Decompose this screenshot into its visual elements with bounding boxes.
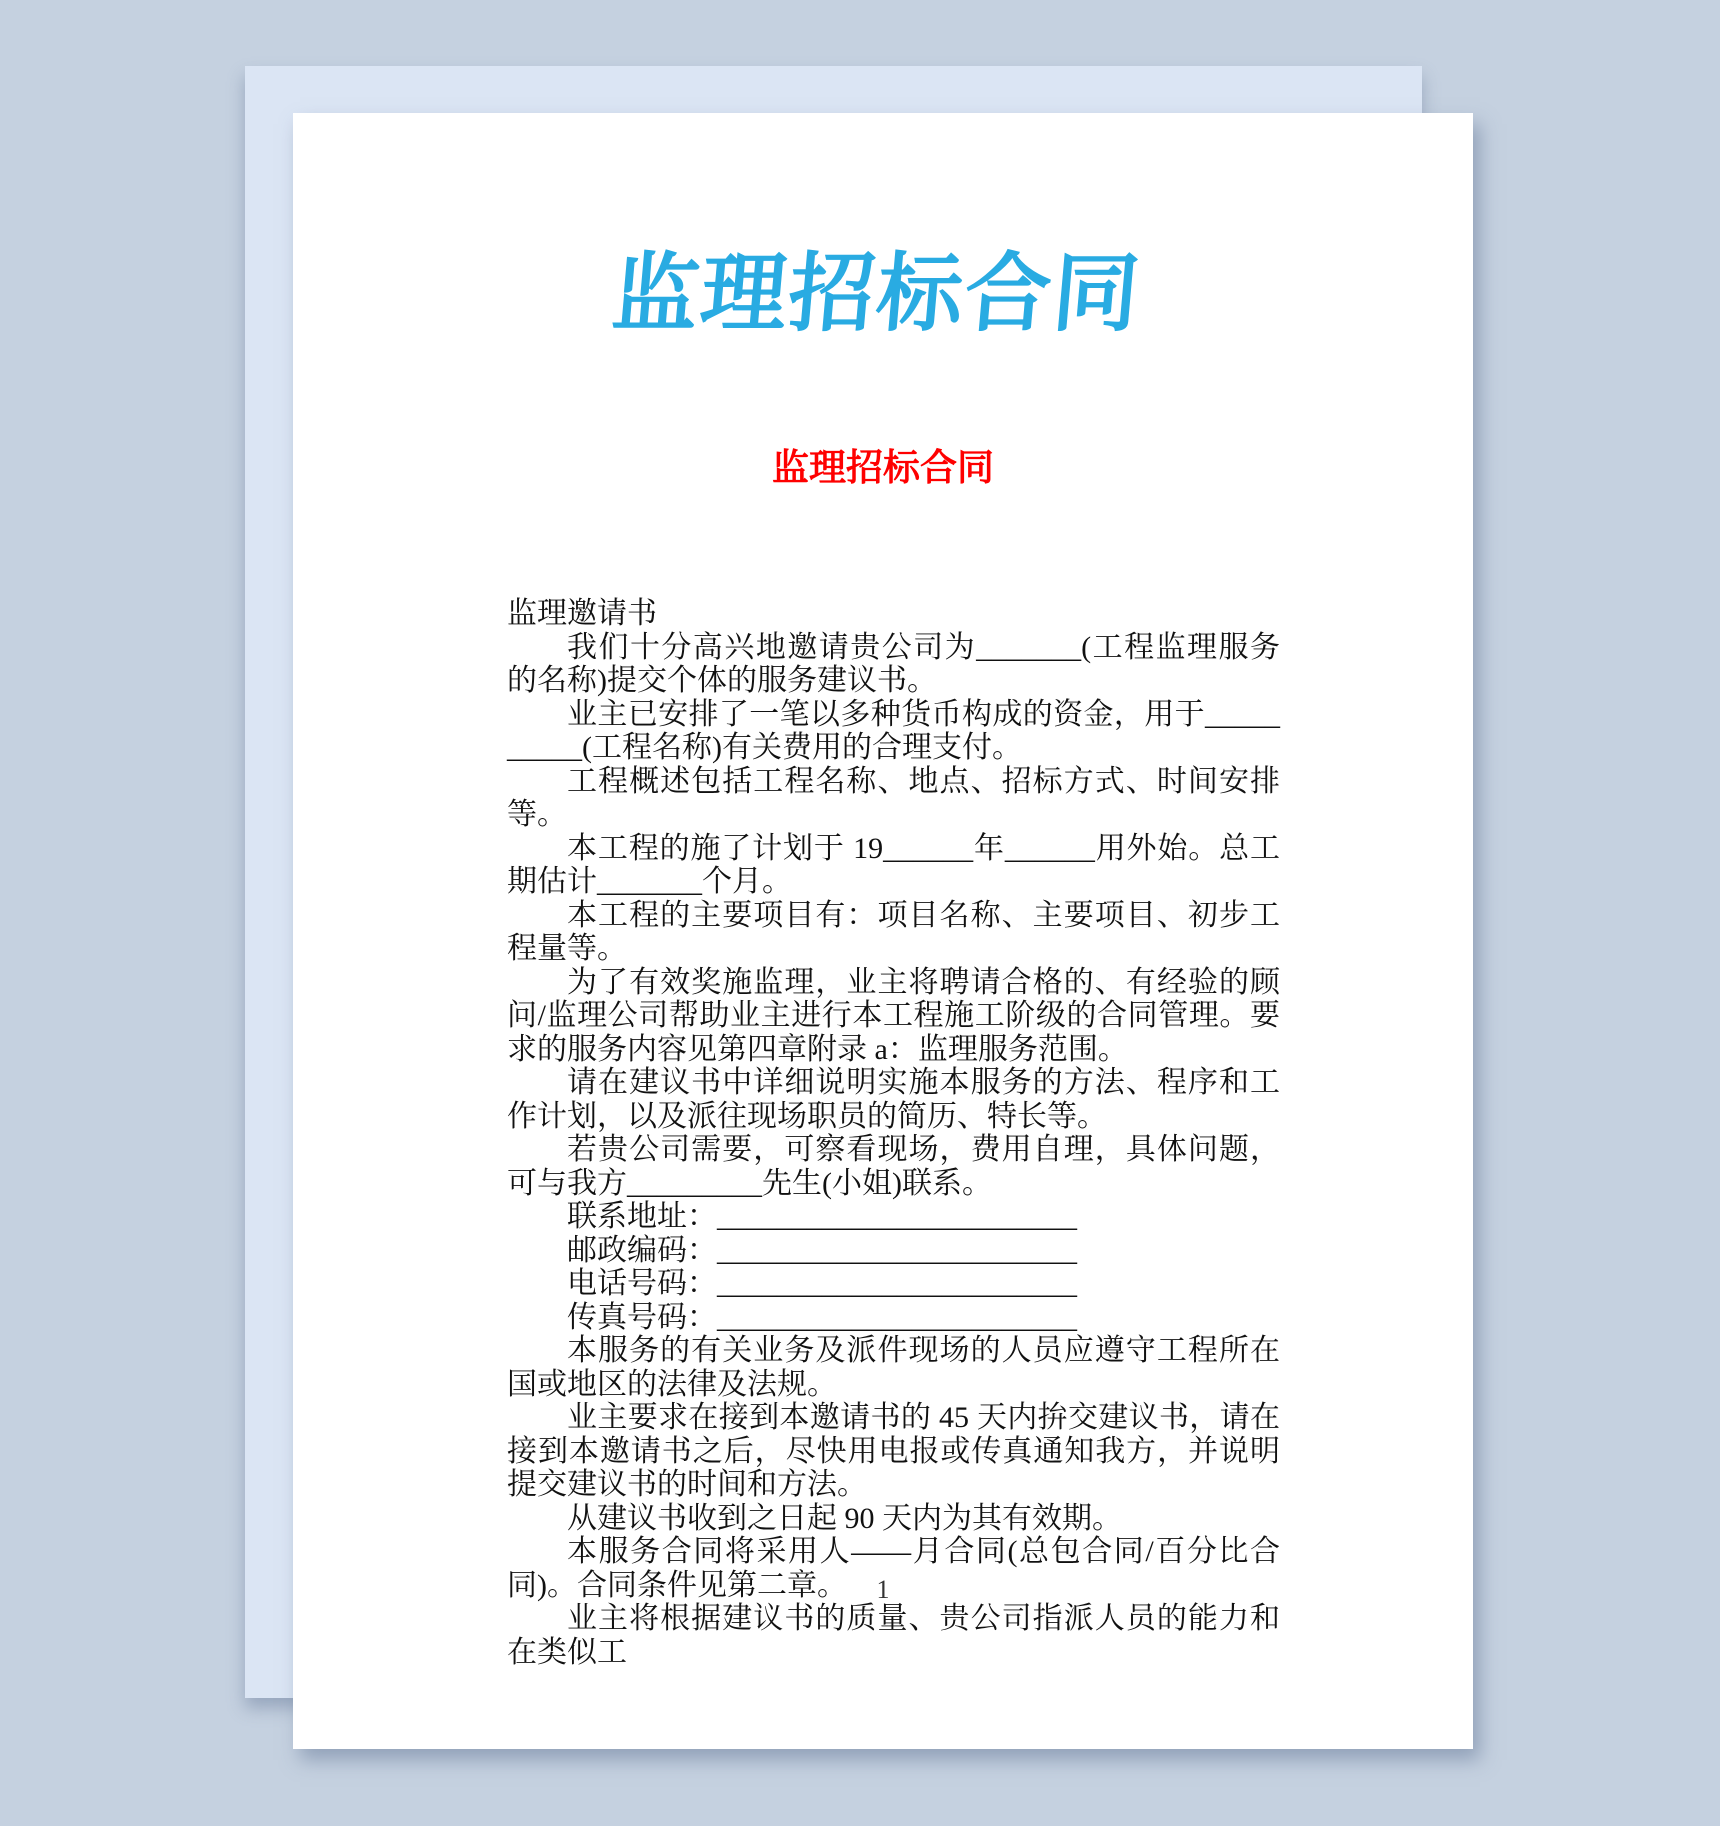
body-paragraph: 工程概述包括工程名称、地点、招标方式、时间安排等。 [507,765,1280,832]
body-paragraph: 为了有效奖施监理，业主将聘请合格的、有经验的顾问/监理公司帮助业主进行本工程施工… [507,966,1280,1067]
body-paragraph: 业主已安排了一笔以多种货币构成的资金，用于__________(工程名称)有关费… [507,698,1280,765]
document-subtitle: 监理招标合同 [293,445,1473,493]
body-paragraph: 请在建议书中详细说明实施本服务的方法、程序和工作计划，以及派往现场职员的简历、特… [507,1066,1280,1133]
document-title: 监理招标合同 [283,113,1483,337]
body-paragraph: 若贵公司需要，可察看现场，费用自理，具体问题，可与我方_________先生(小… [507,1133,1280,1200]
body-paragraph: 业主要求在接到本邀请书的 45 天内拚交建议书，请在接到本邀请书之后，尽快用电报… [507,1401,1280,1502]
body-paragraph: 电话号码：________________________ [507,1267,1280,1301]
document-page: 监理招标合同 监理招标合同 监理邀请书我们十分高兴地邀请贵公司为_______(… [293,113,1473,1749]
desk-background: 监理招标合同 监理招标合同 监理邀请书我们十分高兴地邀请贵公司为_______(… [0,0,1720,1826]
body-paragraph: 业主将根据建议书的质量、贵公司指派人员的能力和在类似工 [507,1602,1280,1669]
document-body: 监理邀请书我们十分高兴地邀请贵公司为_______(工程监理服务的名称)提交个体… [293,597,1473,1669]
body-paragraph: 本工程的主要项目有：项目名称、主要项目、初步工程量等。 [507,899,1280,966]
body-paragraph: 邮政编码：________________________ [507,1234,1280,1268]
body-paragraph: 本服务的有关业务及派件现场的人员应遵守工程所在国或地区的法律及法规。 [507,1334,1280,1401]
body-paragraph: 本工程的施了计划于 19______年______用外始。总工期估计______… [507,832,1280,899]
body-paragraph: 联系地址：________________________ [507,1200,1280,1234]
page-number: 1 [293,1575,1473,1605]
body-paragraph: 从建议书收到之日起 90 天内为其有效期。 [507,1502,1280,1536]
body-paragraph: 传真号码：________________________ [507,1301,1280,1335]
body-paragraph: 监理邀请书 [507,597,1280,631]
body-paragraph: 我们十分高兴地邀请贵公司为_______(工程监理服务的名称)提交个体的服务建议… [507,631,1280,698]
